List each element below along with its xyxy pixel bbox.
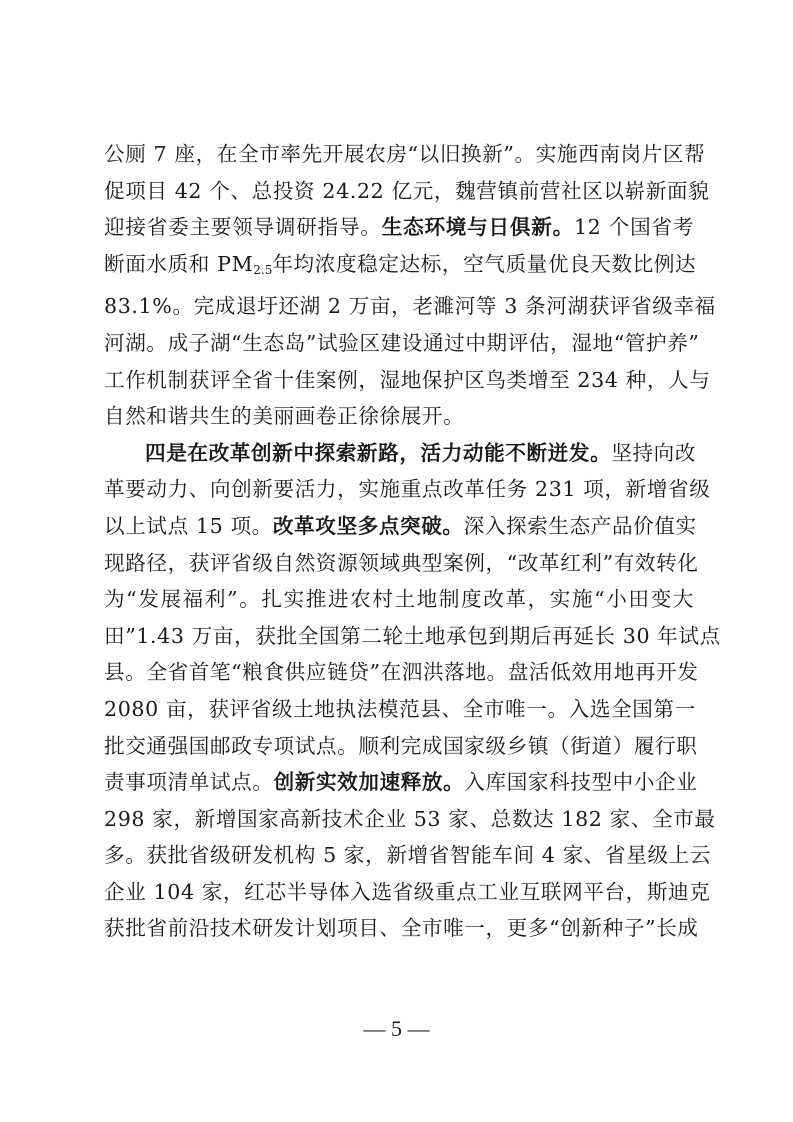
- paragraph-ecology: 公厕 7 座，在全市率先开展农房“以旧换新”。实施西南岗片区帮 促项目 42 个…: [104, 136, 694, 435]
- text-line: 革要动力、向创新要活力，实施重点改革任务 231 项，新增省级: [104, 471, 694, 508]
- text-run: 入库国家科技型中小企业: [464, 770, 697, 794]
- bold-heading-ecology: 生态环境与日俱新。: [382, 215, 574, 239]
- text-line: 298 家，新增国家高新技术企业 53 家、总数达 182 家、全市最: [104, 801, 694, 838]
- bold-heading-reform: 改革攻坚多点突破。: [273, 514, 464, 538]
- text-line: 获批省前沿技术研发计划项目、全市唯一，更多“创新种子”长成: [104, 910, 694, 947]
- section-heading: 四是在改革创新中探索新路，活力动能不断迸发。: [145, 441, 611, 465]
- text-line: 现路径，获评省级自然资源领域典型案例，“改革红利”有效转化: [104, 545, 694, 582]
- bold-heading-innovation: 创新实效加速释放。: [274, 770, 465, 794]
- page-number: — 5 —: [0, 1016, 793, 1042]
- text-line: 公厕 7 座，在全市率先开展农房“以旧换新”。实施西南岗片区帮: [104, 136, 694, 173]
- text-line: 责事项清单试点。创新实效加速释放。入库国家科技型中小企业: [104, 764, 694, 801]
- text-line: 断面水质和 PM2.5年均浓度稳定达标，空气质量优良天数比例达: [104, 246, 694, 289]
- text-line: 83.1%。完成退圩还湖 2 万亩，老濉河等 3 条河湖获评省级幸福: [104, 288, 694, 325]
- text-line: 河湖。成子湖“生态岛”试验区建设通过中期评估，湿地“管护养”: [104, 325, 694, 362]
- text-line: 促项目 42 个、总投资 24.22 亿元，魏营镇前营社区以崭新面貌: [104, 173, 694, 210]
- document-page: 公厕 7 座，在全市率先开展农房“以旧换新”。实施西南岗片区帮 促项目 42 个…: [104, 136, 694, 947]
- text-run: 12 个国省考: [574, 215, 694, 239]
- text-run: 断面水质和 PM: [104, 252, 253, 276]
- paragraph-reform: 四是在改革创新中探索新路，活力动能不断迸发。坚持向改 革要动力、向创新要活力，实…: [104, 435, 694, 947]
- text-line: 批交通强国邮政专项试点。顺利完成国家级乡镇（街道）履行职: [104, 728, 694, 765]
- subscript: 2.5: [253, 263, 272, 277]
- text-line: 田”1.43 万亩，获批全国第二轮土地承包到期后再延长 30 年试点: [104, 618, 694, 655]
- text-run: 坚持向改: [611, 441, 696, 465]
- text-run: 以上试点 15 项。: [104, 514, 273, 538]
- text-run: 责事项清单试点。: [104, 770, 274, 794]
- text-run: 年均浓度稳定达标，空气质量优良天数比例达: [272, 252, 696, 276]
- text-line: 自然和谐共生的美丽画卷正徐徐展开。: [104, 398, 694, 435]
- text-line: 2080 亩，获评省级土地执法模范县、全市唯一。入选全国第一: [104, 691, 694, 728]
- text-run: 迎接省委主要领导调研指导。: [104, 215, 382, 239]
- text-line: 迎接省委主要领导调研指导。生态环境与日俱新。12 个国省考: [104, 209, 694, 246]
- text-run: 深入探索生态产品价值实: [464, 514, 697, 538]
- text-line: 工作机制获评全省十佳案例，湿地保护区鸟类增至 234 种，人与: [104, 362, 694, 399]
- text-line: 以上试点 15 项。改革攻坚多点突破。深入探索生态产品价值实: [104, 508, 694, 545]
- text-line: 企业 104 家，红芯半导体入选省级重点工业互联网平台，斯迪克: [104, 874, 694, 911]
- text-line: 四是在改革创新中探索新路，活力动能不断迸发。坚持向改: [104, 435, 694, 472]
- text-line: 多。获批省级研发机构 5 家，新增省智能车间 4 家、省星级上云: [104, 837, 694, 874]
- text-line: 为“发展福利”。扎实推进农村土地制度改革，实施“小田变大: [104, 581, 694, 618]
- text-line: 县。全省首笔“粮食供应链贷”在泗洪落地。盘活低效用地再开发: [104, 654, 694, 691]
